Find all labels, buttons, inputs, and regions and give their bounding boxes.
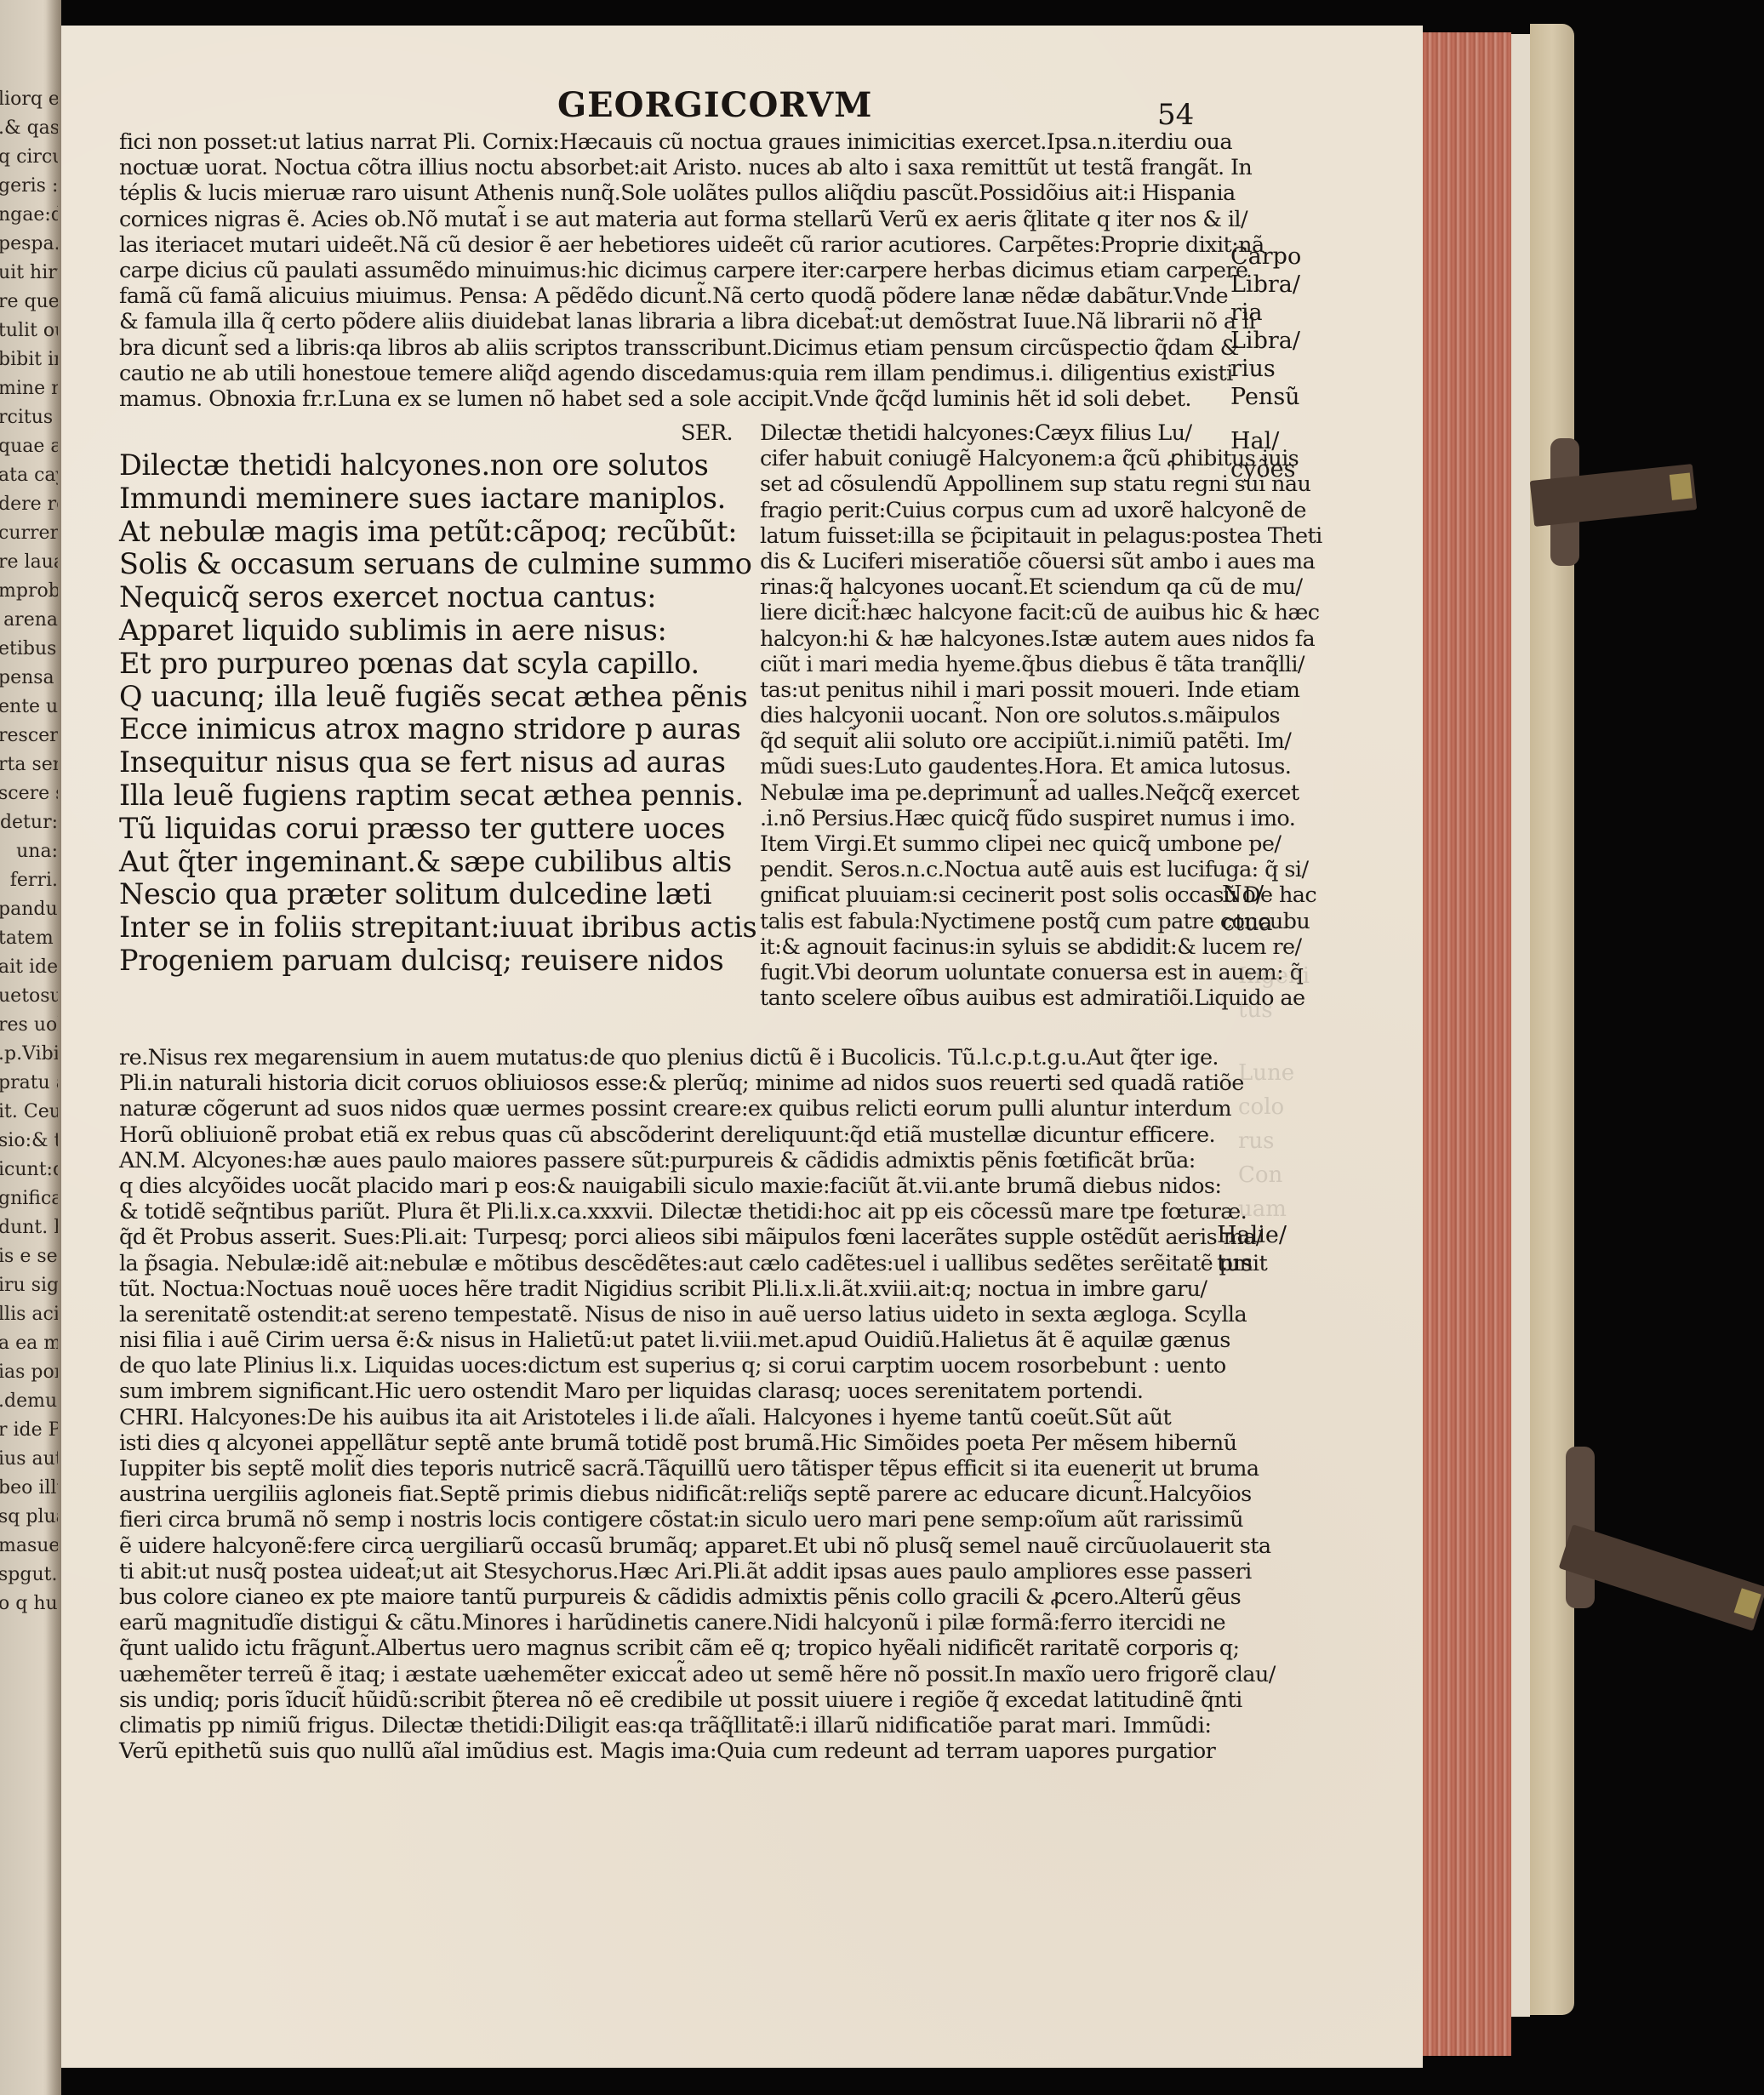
commentary-line: ẽ uidere halcyonẽ:fere circa uergiliarũ … xyxy=(119,1533,1276,1559)
commentary-line: q̃unt ualido ictu frãgunt̃.Albertus uero… xyxy=(119,1635,1276,1661)
ghost-word: Lune xyxy=(1238,1059,1310,1087)
commentary-line: la serenitatẽ ostendit:at sereno tempest… xyxy=(119,1302,1276,1327)
verse-line: Illa leuẽ fugiens raptim secat æthea pen… xyxy=(119,779,756,813)
commentary-line: Iuppiter bis septẽ molit̃ dies teporis n… xyxy=(119,1456,1276,1481)
commentary-line: ciũt i mari media hyeme.q̃bus diebus ẽ t… xyxy=(760,652,1322,677)
commentary-line: carpe dicius cũ paulati assumẽdo minuimu… xyxy=(119,258,1264,283)
marginal-note-line: Libra/ xyxy=(1230,271,1301,299)
verse-block: Dilectæ thetidi halcyones.non ore soluto… xyxy=(119,449,756,978)
marginal-note-noctua: No/ctua xyxy=(1222,881,1272,937)
commentary-line: re.Nisus rex megarensium in auem mutatus… xyxy=(119,1045,1276,1070)
commentary-line: q̃d ẽt Probus asserit. Sues:Pli.ait: Tur… xyxy=(119,1224,1276,1250)
red-page-edges xyxy=(1423,32,1511,2056)
commentary-line: climatis pp nimiũ frigus. Dilectæ thetid… xyxy=(119,1713,1276,1738)
marginal-note-line: cyões xyxy=(1230,455,1295,483)
gutter-shadow xyxy=(46,0,61,2095)
commentary-line: liere dicit̃:hæc halcyone facit:cũ de au… xyxy=(760,600,1322,625)
marginal-note-carpo-libraria-pensum: CarpoLibra/riaLibra/riusPensũ xyxy=(1230,243,1301,411)
verse-line: Dilectæ thetidi halcyones.non ore soluto… xyxy=(119,449,756,482)
verse-line: Progeniem paruam dulcisq; reuisere nidos xyxy=(119,945,756,978)
verse-line: Insequitur nisus qua se fert nisus ad au… xyxy=(119,746,756,779)
commentary-line: sis undiq; poris ĩducit̃ hũidũ:scribit p… xyxy=(119,1687,1276,1713)
showthrough-ghost-text: IngenitusLunecolorusConuam xyxy=(1238,962,1310,1229)
marginal-note-line: ctua xyxy=(1222,909,1272,937)
commentary-bottom-block: re.Nisus rex megarensium in auem mutatus… xyxy=(119,1045,1276,1764)
commentary-line: q̃d sequit̃ alii soluto ore accipiũt.i.n… xyxy=(760,728,1322,754)
commentary-line: AN.M. Alcyones:hæ aues paulo maiores pas… xyxy=(119,1148,1276,1173)
commentary-line: sum imbrem significant.Hic uero ostendit… xyxy=(119,1379,1276,1404)
folio-number: 54 xyxy=(1157,98,1194,132)
commentary-line: q dies alcyõides uocãt placido mari p eo… xyxy=(119,1173,1276,1199)
commentary-line: latum fuisset:illa se p̃cipitauit in pel… xyxy=(760,523,1322,549)
ghost-word: tus xyxy=(1238,996,1310,1025)
lower-clasp-brass-tip xyxy=(1734,1588,1761,1618)
commentary-line: famã cũ famã alicuius miuimus. Pensa: A … xyxy=(119,283,1264,309)
verse-line: Q uacunq; illa leuẽ fugiẽs secat æthea p… xyxy=(119,681,756,714)
commentary-line: fici non posset:ut latius narrat Pli. Co… xyxy=(119,129,1264,155)
verse-line: Solis & occasum seruans de culmine summo xyxy=(119,548,756,581)
commentary-line: dis & Luciferi miseratiõe cõuersi sũt am… xyxy=(760,549,1322,574)
commentary-line: rinas:q̃ halcyones uocant̃.Et sciendum q… xyxy=(760,574,1322,600)
marginal-note-line: Carpo xyxy=(1230,243,1301,271)
commentary-line: mũdi sues:Luto gaudentes.Hora. Et amica … xyxy=(760,754,1322,779)
upper-clasp-brass-tip xyxy=(1670,472,1693,499)
commentary-line: pendit. Seros.n.c.Noctua autẽ auis est l… xyxy=(760,857,1322,882)
commentary-line: CHRI. Halcyones:De his auibus ita ait Ar… xyxy=(119,1405,1276,1430)
verse-line: Nequicq̃ seros exercet noctua cantus: xyxy=(119,581,756,614)
verse-line: Nescio qua præter solitum dulcedine læti xyxy=(119,878,756,911)
marginal-note-line: ria xyxy=(1230,299,1301,327)
lower-clasp-strap xyxy=(1559,1524,1764,1631)
commentary-line: ti abit:ut nusq̃ postea uideat̃;ut ait S… xyxy=(119,1559,1276,1584)
commentary-line: Item Virgi.Et summo clipei nec quicq̃ um… xyxy=(760,831,1322,857)
marginal-note-halietus: Halie/tus xyxy=(1217,1221,1287,1277)
commentary-line: it:& agnouit facinus:in syluis se abdidi… xyxy=(760,934,1322,960)
commentary-line: naturæ cõgerunt ad suos nidos quæ uermes… xyxy=(119,1096,1276,1122)
commentary-top-block: fici non posset:ut latius narrat Pli. Co… xyxy=(119,129,1264,412)
marginal-note-line: Libra/ xyxy=(1230,327,1301,355)
commentary-line: mamus. Obnoxia fr.r.Luna ex se lumen nõ … xyxy=(119,386,1264,412)
verse-line: Et pro purpureo pœnas dat scyla capillo. xyxy=(119,648,756,681)
commentary-line: cornices nigras ẽ. Acies ob.Nõ mutat̃ i … xyxy=(119,207,1264,232)
commentary-line: fieri circa brumã nõ semp i nostris loci… xyxy=(119,1507,1276,1533)
commentary-line: tũt. Noctua:Noctuas nouẽ uoces hẽre trad… xyxy=(119,1276,1276,1302)
marginal-note-halcyones: Hal/cyões xyxy=(1230,427,1295,483)
verse-line: Tũ liquidas corui præsso ter guttere uoc… xyxy=(119,813,756,846)
commentary-line: las iteriacet mutari uideẽt.Nã cũ desior… xyxy=(119,232,1264,258)
marginal-note-line: tus xyxy=(1217,1249,1287,1277)
commentary-line: uæhemẽter terreũ ẽ itaq; i æstate uæhemẽ… xyxy=(119,1662,1276,1687)
commentary-line: & famula illa q̃ certo põdere aliis diui… xyxy=(119,309,1264,334)
ghost-word: Ingeni xyxy=(1238,962,1310,990)
commentary-line: téplis & lucis mieruæ raro uisunt Atheni… xyxy=(119,180,1264,206)
ghost-word: colo xyxy=(1238,1093,1310,1122)
commentary-line: Nebulæ ima pe.deprimunt̃ ad ualles.Neq̃c… xyxy=(760,780,1322,806)
commentary-line: noctuæ uorat. Noctua cõtra illius noctu … xyxy=(119,155,1264,180)
commentary-line: dies halcyonii uocant̃. Non ore solutos.… xyxy=(760,703,1322,728)
commentary-line: isti dies q alcyonei appellãtur septẽ an… xyxy=(119,1430,1276,1456)
commentary-line: earũ magnitudĩe distigui & cãtu.Minores … xyxy=(119,1610,1276,1635)
verse-line: Aut q̃ter ingeminant.& sæpe cubilibus al… xyxy=(119,846,756,879)
commentary-line: Horũ obliuionẽ probat etiã ex rebus quas… xyxy=(119,1122,1276,1148)
ghost-word: uam xyxy=(1238,1195,1310,1224)
commentary-line: fragio perit:Cuius corpus cum ad uxorẽ h… xyxy=(760,498,1322,523)
ghost-word: Con xyxy=(1238,1161,1310,1190)
verse-line: Ecce inimicus atrox magno stridore p aur… xyxy=(119,713,756,746)
marginal-note-line: No/ xyxy=(1222,881,1272,909)
commentary-line: cautio ne ab utili honestoue temere aliq… xyxy=(119,361,1264,386)
verse-line: Inter se in foliis strepitant:iuuat ibri… xyxy=(119,911,756,945)
endpaper xyxy=(1511,34,1530,2017)
commentary-line: austrina uergiliis agloneis fiat.Septẽ p… xyxy=(119,1481,1276,1507)
commentary-line: Verũ epithetũ suis quo nullũ aĩal imũdiu… xyxy=(119,1738,1276,1764)
running-head: GEORGICORVM xyxy=(557,85,872,125)
verse-line: Apparet liquido sublimis in aere nisus: xyxy=(119,614,756,648)
commentary-line: de quo late Plinius li.x. Liquidas uoces… xyxy=(119,1353,1276,1379)
ghost-word: rus xyxy=(1238,1127,1310,1156)
marginal-note-line: Hal/ xyxy=(1230,427,1295,455)
commentary-line: nisi filia i auẽ Cirim uersa ẽ:& nisus i… xyxy=(119,1327,1276,1353)
verse-line: Immundi meminere sues iactare maniplos. xyxy=(119,482,756,516)
commentary-line: halcyon:hi & hæ halcyones.Istæ autem aue… xyxy=(760,626,1322,652)
marginal-note-line: Pensũ xyxy=(1230,383,1301,411)
commentary-line: bra dicunt̃ sed a libris:qa libros ab al… xyxy=(119,335,1264,361)
commentary-line: & totidẽ seq̃ntibus pariũt. Plura ẽt Pli… xyxy=(119,1199,1276,1224)
ser-heading: SER. xyxy=(681,420,733,446)
commentary-line: bus colore cianeo ex pte maiore tantũ pu… xyxy=(119,1584,1276,1610)
commentary-line: Pli.in naturali historia dicit coruos ob… xyxy=(119,1070,1276,1096)
commentary-line: .i.nõ Persius.Hæc quicq̃ fũdo suspiret n… xyxy=(760,806,1322,831)
verse-line: At nebulæ magis ima petũt:cãpoq; recũbũt… xyxy=(119,516,756,549)
left-facing-page: liorq e q pluuia.& qasia cir.Diq circu a… xyxy=(0,0,61,2095)
vellum-binding xyxy=(1530,24,1574,2015)
marginal-note-line: rius xyxy=(1230,355,1301,383)
commentary-line: la p̃sagia. Nebulæ:idẽ ait:nebulæ e mõti… xyxy=(119,1251,1276,1276)
commentary-line: tas:ut penitus nihil i mari possit mouer… xyxy=(760,677,1322,703)
